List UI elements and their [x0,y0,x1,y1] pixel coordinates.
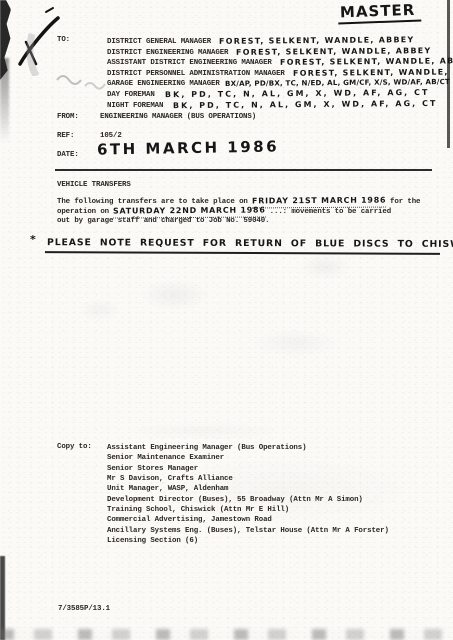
to-label: TO: [57,36,70,44]
recipients-list: DISTRICT GENERAL MANAGERFOREST, SELKENT,… [107,34,453,108]
horizontal-divider [55,169,432,171]
copy-to-item: Licensing Section (6) [107,536,389,546]
handwritten-date-1: FRIDAY 21ST MARCH 1986 [252,196,386,209]
recipient-row: DAY FOREMANBK, PD, TC, N, AL, GM, X, WD,… [107,87,453,98]
recipient-role: NIGHT FOREMAN [107,102,163,110]
typed-text: out by garage staff and charged to Job N… [57,217,269,225]
copy-to-item: Ancillary Systems Eng. (Buses), Telstar … [107,526,389,536]
scan-smudge [80,300,120,320]
handwritten-note: *PLEASE NOTE REQUEST FOR RETURN OF BLUE … [30,233,440,254]
document-reference-number: 7/3585P/13.1 [58,605,110,613]
date-label: DATE: [57,151,79,159]
typed-text: for the [390,198,420,206]
copy-to-item: Commercial Advertising, Jamestown Road [107,515,389,525]
recipient-row: DISTRICT GENERAL MANAGERFOREST, SELKENT,… [107,34,453,45]
note-text-handwritten: PLEASE NOTE REQUEST FOR RETURN OF BLUE D… [45,237,440,255]
copy-to-item: Assistant Engineering Manager (Bus Opera… [107,443,389,453]
asterisk-marker: * [30,233,36,246]
paragraph-line: The following transfers are to take plac… [57,195,449,205]
copy-to-item: Training School, Chiswick (Attn Mr E Hil… [107,505,389,515]
pencil-smudge [55,66,115,90]
copy-to-item: Unit Manager, WASP, Aldenham [107,484,389,494]
from-label: FROM: [57,113,79,121]
scan-smudge [300,255,350,279]
scan-smudge [250,330,340,356]
recipient-row: GARAGE ENGINEERING MANAGERBX/AP, PD/BX, … [107,76,453,87]
handwritten-date-2: SATURDAY 22ND MARCH 1986 [113,205,266,218]
ref-value: 105/2 [100,132,122,140]
copy-to-item: Senior Stores Manager [107,464,389,474]
copy-to-label: Copy to: [57,443,92,451]
copy-to-item: Mr S Davison, Crafts Alliance [107,474,389,484]
scan-bottom-noise-band [0,629,453,640]
scan-smudge [120,424,290,438]
paragraph-line: operation onSATURDAY 22ND MARCH 1986...:… [57,205,449,215]
scanned-memo-page: MASTER TO: DISTRICT GENERAL MANAGERFORES… [0,0,453,640]
scan-smudge [140,280,210,310]
master-annotation: MASTER [338,1,422,25]
copy-to-item: Senior Maintenance Examiner [107,453,389,463]
memo-paragraph: The following transfers are to take plac… [57,195,449,224]
copy-to-list: Assistant Engineering Manager (Bus Opera… [107,443,389,546]
copy-to-item: Development Director (Buses), 55 Broadwa… [107,495,389,505]
scan-corner-strip [0,556,5,640]
memo-title: VEHICLE TRANSFERS [57,181,131,189]
typed-text: ...: movements to be carried [270,208,391,216]
from-value: ENGINEERING MANAGER (BUS OPERATIONS) [100,113,256,121]
date-value-handwritten: 6TH MARCH 1986 [97,137,279,158]
recipient-garages-handwritten: BK, PD, TC, N, AL, GM, X, WD, AF, AG, CT [173,98,438,111]
ref-label: REF: [57,132,74,140]
